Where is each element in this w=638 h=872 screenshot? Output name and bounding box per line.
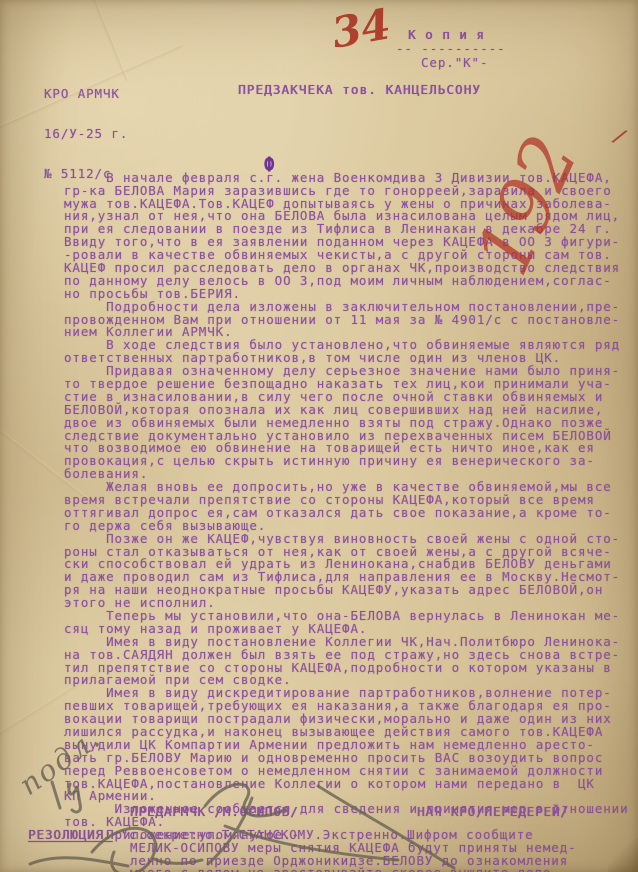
series-label: Сер."К"- <box>421 57 488 70</box>
typed-line: провокация,с целью скрыть истинную причи… <box>64 455 629 468</box>
document-photo: 34 К о п и я -- ---------- Сер."К"- КРО … <box>0 0 638 872</box>
red-page-number: 34 <box>328 0 394 58</box>
paper-corner-tear <box>608 838 638 872</box>
org-name: КРО АРМЧК <box>44 87 128 100</box>
copy-label: К о п и я <box>408 29 485 42</box>
pencil-signature-scrawl <box>0 768 470 872</box>
document-body: В начале февраля с.г. жена Военкомдива 3… <box>64 133 629 842</box>
document-title: ПРЕДЗАКЧЕКА тов. КАНЦЕЛЬСОНУ <box>238 84 481 97</box>
dash-separator: -- ---------- <box>396 43 506 56</box>
overstruck-character: Ф <box>264 152 274 176</box>
